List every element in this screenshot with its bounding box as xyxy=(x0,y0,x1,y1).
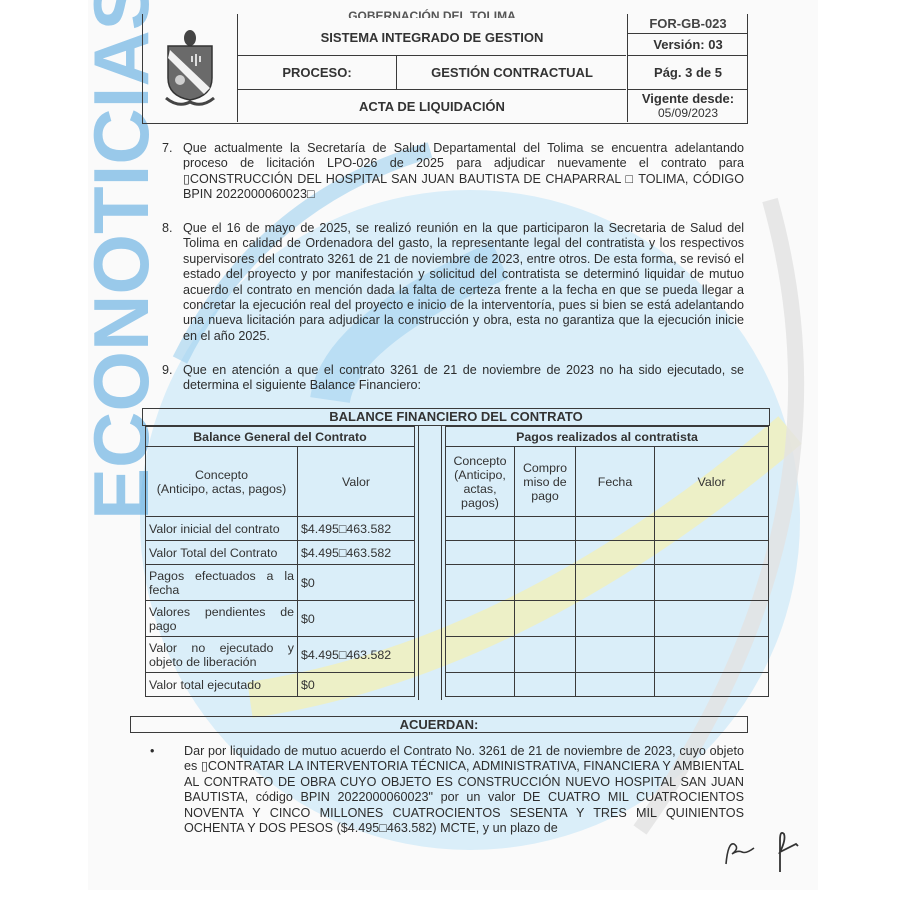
document-title: ACTA DE LIQUIDACIÓN xyxy=(238,90,626,122)
document-header: GOBERNACIÓN DEL TOLIMA SISTEMA INTEGRADO… xyxy=(142,14,748,124)
paragraph-text: Que el 16 de mayo de 2025, se realizó re… xyxy=(183,221,744,344)
cell xyxy=(515,541,576,565)
coat-of-arms-icon xyxy=(160,28,220,108)
balance-general-table: Balance General del Contrato Concepto (A… xyxy=(145,426,415,697)
table-row xyxy=(446,637,769,673)
valid-from: Vigente desde: 05/09/2023 xyxy=(628,90,748,122)
bullet-icon: • xyxy=(150,744,154,759)
col-header-concept: Concepto (Anticipo, actas, pagos) xyxy=(446,447,515,517)
acuerdan-heading: ACUERDAN: xyxy=(130,716,748,733)
col-header-value: Valor xyxy=(655,447,769,517)
table-row: Pagos efectuados a la fecha$0 xyxy=(146,565,415,601)
row-value: $0 xyxy=(298,673,415,697)
cell xyxy=(576,541,655,565)
process-label: PROCESO: xyxy=(238,65,396,80)
cell xyxy=(515,601,576,637)
page-number: Pág. 3 de 5 xyxy=(628,56,748,90)
cell xyxy=(576,601,655,637)
paragraph-number: 8. xyxy=(162,221,182,236)
col-header-concept: Concepto (Anticipo, actas, pagos) xyxy=(146,447,298,517)
balance-general-title: Balance General del Contrato xyxy=(146,427,415,447)
signature-mark-icon xyxy=(768,826,804,876)
row-value: $0 xyxy=(298,565,415,601)
cell xyxy=(655,565,769,601)
paragraph-number: 9. xyxy=(162,363,182,378)
signature-initials-icon xyxy=(720,830,760,870)
table-row: Valor total ejecutado$0 xyxy=(146,673,415,697)
paragraph-text: Que actualmente la Secretaría de Salud D… xyxy=(183,141,744,203)
cell xyxy=(655,541,769,565)
document-version: Versión: 03 xyxy=(628,34,748,56)
table-row xyxy=(446,517,769,541)
cell xyxy=(515,637,576,673)
paragraph-9: 9. Que en atención a que el contrato 326… xyxy=(162,363,744,394)
process-value: GESTIÓN CONTRACTUAL xyxy=(398,65,626,80)
acuerdan-text: Dar por liquidado de mutuo acuerdo el Co… xyxy=(184,744,744,836)
table-row: Valor inicial del contrato$4.495□463.582 xyxy=(146,517,415,541)
process-row: PROCESO: GESTIÓN CONTRACTUAL xyxy=(238,56,626,90)
balance-table-title: BALANCE FINANCIERO DEL CONTRATO xyxy=(142,408,770,426)
col-header-value: Valor xyxy=(298,447,415,517)
payments-table: Pagos realizados al contratista Concepto… xyxy=(445,426,769,697)
paragraph-8: 8. Que el 16 de mayo de 2025, se realizó… xyxy=(162,221,744,344)
row-concept: Valor no ejecutado y objeto de liberació… xyxy=(146,637,298,673)
cell xyxy=(515,517,576,541)
cell xyxy=(515,565,576,601)
table-row: Valor no ejecutado y objeto de liberació… xyxy=(146,637,415,673)
cell xyxy=(446,637,515,673)
row-value: $4.495□463.582 xyxy=(298,541,415,565)
table-row xyxy=(446,673,769,697)
row-value: $4.495□463.582 xyxy=(298,637,415,673)
cell xyxy=(655,601,769,637)
paragraph-number: 7. xyxy=(162,141,182,156)
cell xyxy=(576,637,655,673)
table-row: Valores pendientes de pago$0 xyxy=(146,601,415,637)
cell xyxy=(655,637,769,673)
logo-cell xyxy=(143,14,238,122)
table-row xyxy=(446,541,769,565)
row-concept: Pagos efectuados a la fecha xyxy=(146,565,298,601)
table-row: Valor Total del Contrato$4.495□463.582 xyxy=(146,541,415,565)
table-gap-column xyxy=(418,426,442,700)
system-name: SISTEMA INTEGRADO DE GESTION xyxy=(238,14,626,56)
col-header-date: Fecha xyxy=(576,447,655,517)
cell xyxy=(655,517,769,541)
cell xyxy=(576,565,655,601)
row-value: $4.495□463.582 xyxy=(298,517,415,541)
row-concept: Valor total ejecutado xyxy=(146,673,298,697)
paragraph-7: 7. Que actualmente la Secretaría de Salu… xyxy=(162,141,744,203)
valid-from-date: 05/09/2023 xyxy=(658,106,718,121)
row-concept: Valor inicial del contrato xyxy=(146,517,298,541)
cell xyxy=(446,673,515,697)
cell xyxy=(576,517,655,541)
acuerdan-bullet-item: • Dar por liquidado de mutuo acuerdo el … xyxy=(150,744,744,836)
paragraph-text: Que en atención a que el contrato 3261 d… xyxy=(183,363,744,394)
payments-title: Pagos realizados al contratista xyxy=(446,427,769,447)
valid-from-label: Vigente desde: xyxy=(642,91,734,106)
cell xyxy=(655,673,769,697)
col-header-commitment: Compro miso de pago xyxy=(515,447,576,517)
cell xyxy=(446,517,515,541)
row-concept: Valor Total del Contrato xyxy=(146,541,298,565)
cell xyxy=(446,601,515,637)
cell xyxy=(446,565,515,601)
cell xyxy=(515,673,576,697)
table-row xyxy=(446,601,769,637)
table-row xyxy=(446,565,769,601)
document-code: FOR-GB-023 xyxy=(628,14,748,34)
row-value: $0 xyxy=(298,601,415,637)
cell xyxy=(446,541,515,565)
row-concept: Valores pendientes de pago xyxy=(146,601,298,637)
cell xyxy=(576,673,655,697)
